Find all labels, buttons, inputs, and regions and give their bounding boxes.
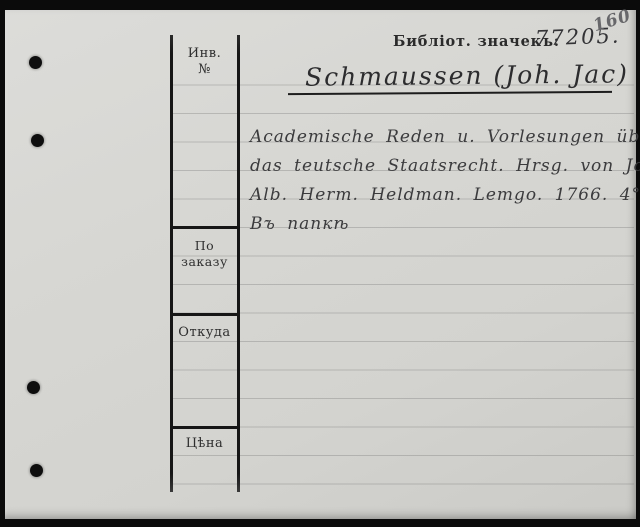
handwritten-line: Въ папкѣ — [250, 214, 349, 234]
scan-frame: Инв. № По заказу Откуда Цѣна Библіот. зн… — [0, 0, 640, 527]
field-label-inventory-number: Инв. № — [170, 46, 239, 79]
binder-hole — [27, 381, 40, 394]
field-label-price: Цѣна — [170, 436, 239, 452]
binder-hole — [31, 134, 44, 147]
section-divider — [170, 313, 240, 316]
binder-hole — [30, 464, 43, 477]
section-divider — [170, 226, 240, 229]
handwritten-line: Academische Reden u. Vorlesungen über — [250, 127, 640, 147]
catalog-card: Инв. № По заказу Откуда Цѣна Библіот. зн… — [5, 10, 636, 519]
section-divider — [170, 426, 240, 429]
handwritten-line: das teutsche Staatsrecht. Hrsg. von Joh. — [250, 156, 640, 176]
handwritten-line: Alb. Herm. Heldman. Lemgo. 1766. 4°. — [250, 185, 640, 205]
binder-hole — [29, 56, 42, 69]
card-heading-author: Schmaussen (Joh. Jac) — [305, 59, 629, 91]
ruled-lines — [172, 57, 634, 493]
field-label-by-order: По заказу — [170, 238, 239, 269]
field-label-origin: Откуда — [170, 325, 239, 341]
